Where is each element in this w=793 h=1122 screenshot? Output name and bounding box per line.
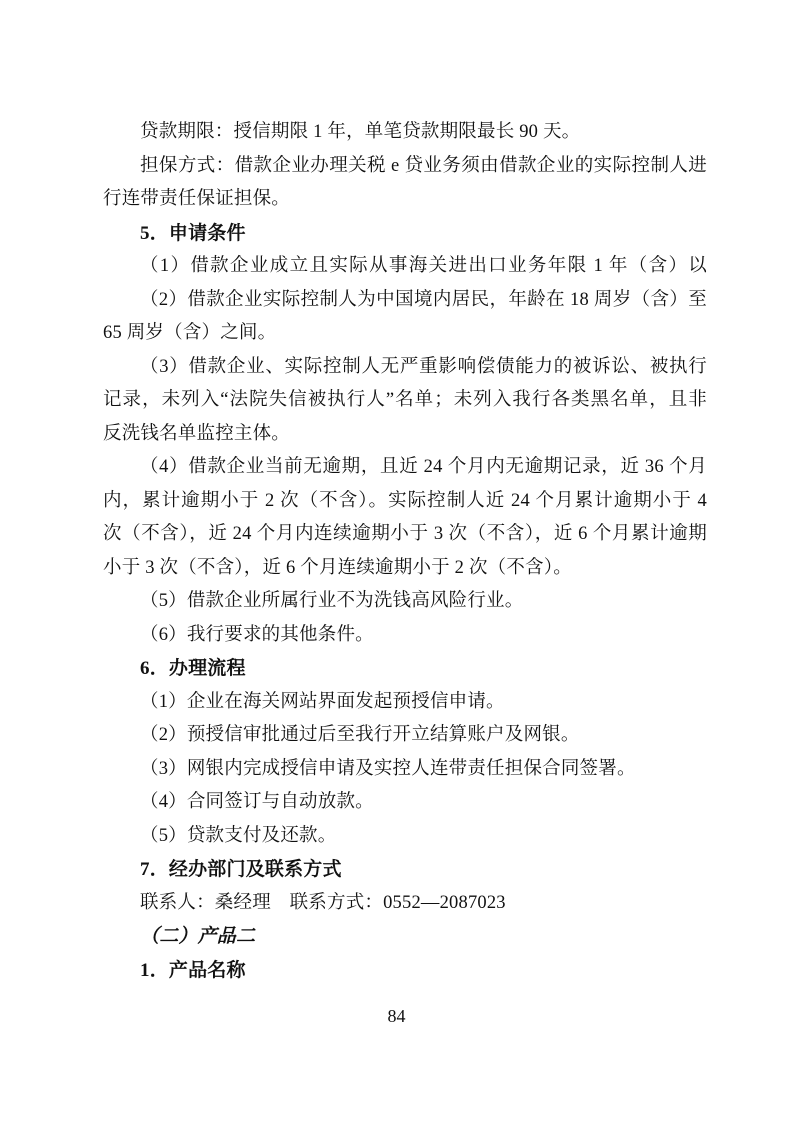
heading-line: 7．经办部门及联系方式 — [103, 853, 707, 887]
text-line: （1）企业在海关网站界面发起预授信申请。 — [103, 686, 707, 720]
text-line: 贷款期限：授信期限 1 年，单笔贷款期限最长 90 天。 — [103, 116, 707, 150]
text-line: （1）借款企业成立且实际从事海关进出口业务年限 1 年（含）以上。 — [103, 250, 707, 284]
text-line: 小于 3 次（不含），近 6 个月连续逾期小于 2 次（不含）。 — [103, 552, 707, 586]
text-line: 反洗钱名单监控主体。 — [103, 418, 707, 452]
text-line: （2）借款企业实际控制人为中国境内居民，年龄在 18 周岁（含）至 — [103, 284, 707, 318]
text-line: （3）借款企业、实际控制人无严重影响偿债能力的被诉讼、被执行 — [103, 351, 707, 385]
heading-line: （二）产品二 — [103, 920, 707, 954]
document-page: 贷款期限：授信期限 1 年，单笔贷款期限最长 90 天。担保方式：借款企业办理关… — [0, 0, 793, 1122]
text-line: 次（不含），近 24 个月内连续逾期小于 3 次（不含），近 6 个月累计逾期 — [103, 518, 707, 552]
text-line: 联系人：桑经理 联系方式：0552—2087023 — [103, 887, 707, 921]
text-line: 内，累计逾期小于 2 次（不含）。实际控制人近 24 个月累计逾期小于 4 — [103, 485, 707, 519]
text-line: （3）网银内完成授信申请及实控人连带责任担保合同签署。 — [103, 753, 707, 787]
document-body: 贷款期限：授信期限 1 年，单笔贷款期限最长 90 天。担保方式：借款企业办理关… — [103, 116, 707, 987]
page-number: 84 — [0, 1002, 793, 1030]
heading-line: 6．办理流程 — [103, 652, 707, 686]
text-line: （4）合同签订与自动放款。 — [103, 786, 707, 820]
text-line: （6）我行要求的其他条件。 — [103, 619, 707, 653]
text-line: （4）借款企业当前无逾期，且近 24 个月内无逾期记录，近 36 个月 — [103, 451, 707, 485]
text-line: （5）借款企业所属行业不为洗钱高风险行业。 — [103, 585, 707, 619]
heading-line: 1．产品名称 — [103, 954, 707, 988]
text-line: 担保方式：借款企业办理关税 e 贷业务须由借款企业的实际控制人进 — [103, 150, 707, 184]
text-line: 65 周岁（含）之间。 — [103, 317, 707, 351]
heading-line: 5．申请条件 — [103, 217, 707, 251]
text-line: （5）贷款支付及还款。 — [103, 820, 707, 854]
text-line: （2）预授信审批通过后至我行开立结算账户及网银。 — [103, 719, 707, 753]
text-line: 记录，未列入“法院失信被执行人”名单；未列入我行各类黑名单，且非 — [103, 384, 707, 418]
text-line: 行连带责任保证担保。 — [103, 183, 707, 217]
